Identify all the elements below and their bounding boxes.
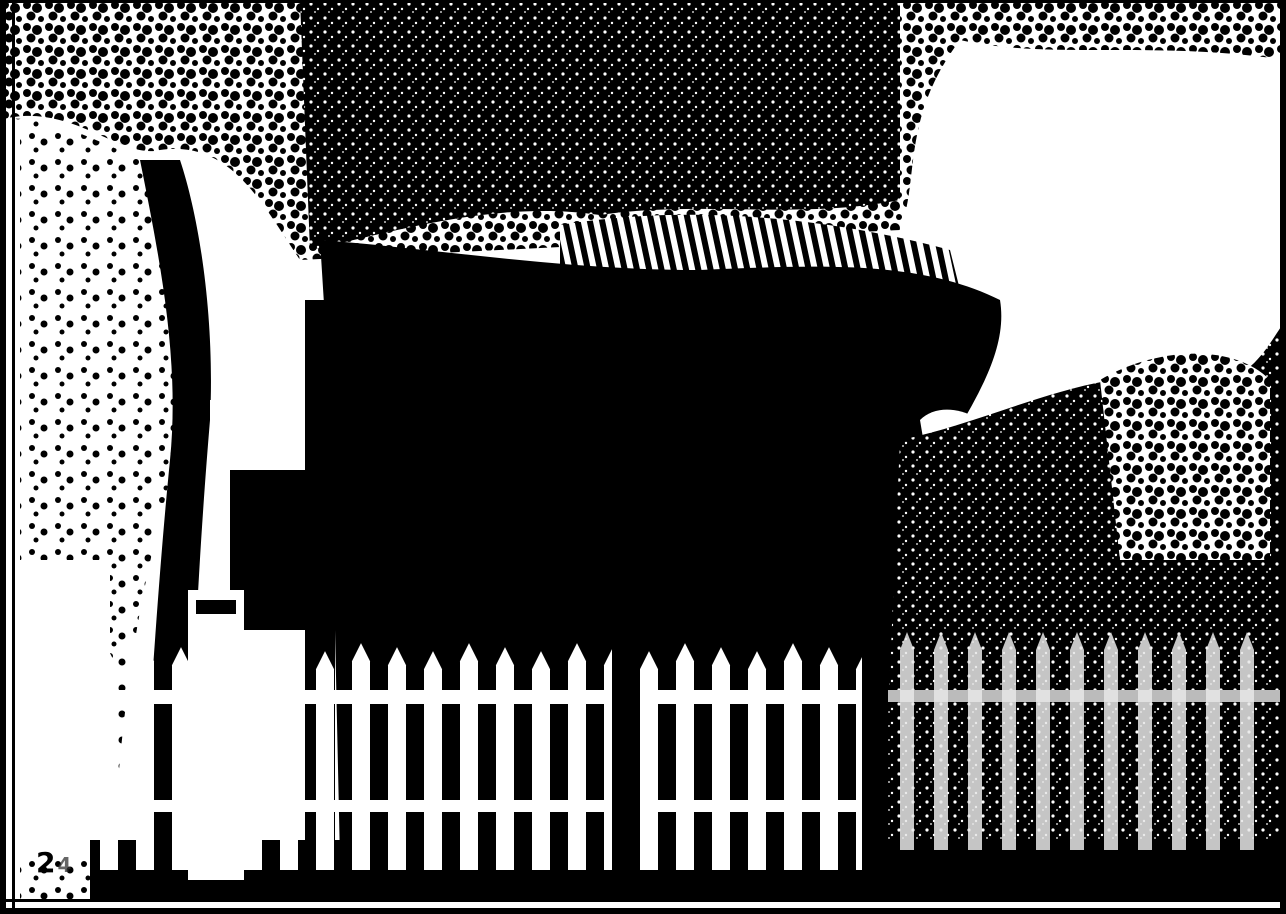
plate-number-trailing: 4 xyxy=(57,853,73,877)
plate-number-label: 24 xyxy=(36,846,73,879)
plate-number-main: 2 xyxy=(36,846,57,879)
photo-border xyxy=(0,0,1286,914)
newspaper-photograph: 24 xyxy=(0,0,1286,914)
